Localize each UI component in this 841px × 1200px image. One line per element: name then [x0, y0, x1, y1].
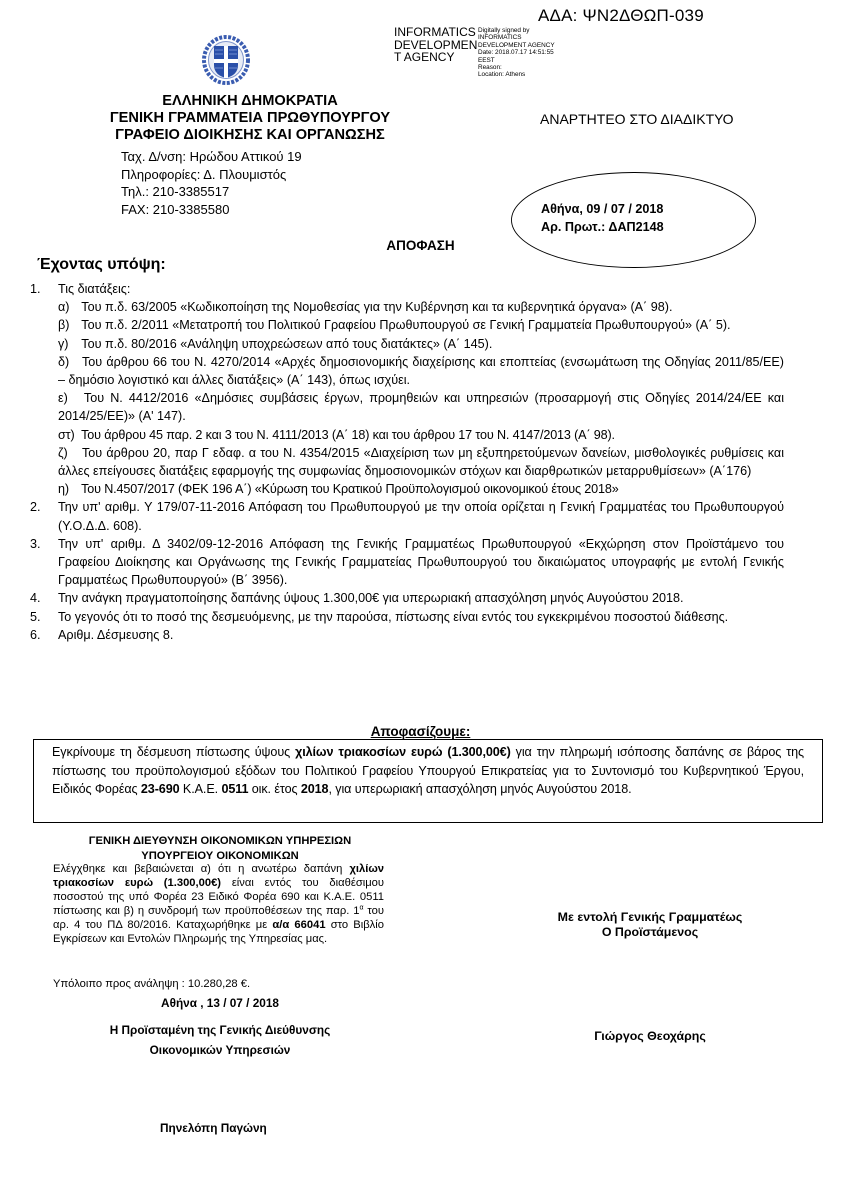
verification-text: Ελέγχθηκε και βεβαιώνεται α) ότι η ανωτέ…	[53, 863, 349, 875]
list-item: 3. Την υπ' αριθμ. Δ 3402/09-12-2016 Απόφ…	[30, 535, 784, 590]
list-item: 2. Την υπ' αριθμ. Υ 179/07-11-2016 Απόφα…	[30, 498, 784, 534]
decision-box: Εγκρίνουμε τη δέσμευση πίστωσης ύψους χι…	[33, 739, 823, 823]
address-line: Ταχ. Δ/νση: Ηρώδου Αττικού 19	[121, 148, 302, 166]
finance-title-line: ΓΕΝΙΚΗ ΔΙΕΥΘΥΝΣΗ ΟΙΚΟΝΟΜΙΚΩΝ ΥΠΗΡΕΣΙΩΝ	[40, 834, 400, 849]
sub-text: Του Ν.4507/2017 (ΦΕΚ 196 Α΄) «Κύρωση του…	[81, 482, 618, 496]
finance-date: Αθήνα , 13 / 07 / 2018	[40, 996, 400, 1010]
digital-signature-details: Digitally signed by INFORMATICS DEVELOPM…	[478, 27, 555, 79]
contact-info: Ταχ. Δ/νση: Ηρώδου Αττικού 19 Πληροφορίε…	[121, 148, 302, 218]
sub-label: α)	[58, 298, 78, 316]
decision-text: , για υπερωριακή απασχόληση μηνός Αυγούσ…	[328, 782, 631, 796]
list-item: 1. Τις διατάξεις:	[30, 280, 784, 298]
date-and-protocol: Αθήνα, 09 / 07 / 2018 Αρ. Πρωτ.: ΔΑΠ2148	[541, 200, 664, 236]
signer-title-line: Ο Προϊστάμενος	[490, 925, 810, 940]
finance-directorate-title: ΓΕΝΙΚΗ ΔΙΕΥΘΥΝΣΗ ΟΙΚΟΝΟΜΙΚΩΝ ΥΠΗΡΕΣΙΩΝ Υ…	[40, 834, 400, 864]
list-text: Αριθμ. Δέσμευσης 8.	[58, 626, 784, 644]
signer-title-line: Με εντολή Γενικής Γραμματέως	[490, 910, 810, 925]
sub-item: στ) Του άρθρου 45 παρ. 2 και 3 του Ν. 41…	[30, 426, 784, 444]
fax-line: FAX: 210-3385580	[121, 201, 302, 219]
decision-text: Εγκρίνουμε τη δέσμευση πίστωσης ύψους	[52, 745, 295, 759]
sub-item: α) Του π.δ. 63/2005 «Κωδικοποίηση της Νο…	[30, 298, 784, 316]
kae-code: 0511	[221, 782, 248, 796]
finance-signer-title: Η Προϊσταμένη της Γενικής Διεύθυνσης Οικ…	[40, 1020, 400, 1060]
sub-text: Του άρθρου 45 παρ. 2 και 3 του Ν. 4111/2…	[81, 428, 615, 442]
list-number: 4.	[30, 589, 58, 607]
info-contact-line: Πληροφορίες: Δ. Πλουμιστός	[121, 166, 302, 184]
ada-document-id: ΑΔΑ: ΨΝ2ΔΘΩΠ-039	[538, 6, 704, 26]
greek-coat-of-arms-icon	[202, 35, 250, 85]
list-text: Την ανάγκη πραγματοποίησης δαπάνης ύψους…	[58, 589, 784, 607]
registry-number: α/α 66041	[272, 919, 325, 931]
sub-label: β)	[58, 316, 78, 334]
signature-meta-line: Digitally signed by	[478, 27, 555, 34]
sub-item: δ) Του άρθρου 66 του Ν. 4270/2014 «Αρχές…	[30, 353, 784, 389]
sub-text: Του άρθρου 66 του Ν. 4270/2014 «Αρχές δη…	[58, 355, 784, 387]
sub-label: δ)	[58, 353, 78, 371]
list-number: 1.	[30, 280, 58, 298]
decision-amount: χιλίων τριακοσίων ευρώ (1.300,00€)	[295, 745, 511, 759]
digital-signature-name: INFORMATICS DEVELOPMEN T AGENCY	[394, 26, 477, 64]
header-title-line: ΓΡΑΦΕΙΟ ΔΙΟΙΚΗΣΗΣ ΚΑΙ ΟΡΓΑΝΩΣΗΣ	[80, 127, 420, 144]
sub-item: β) Του π.δ. 2/2011 «Μετατροπή του Πολιτι…	[30, 316, 784, 334]
sub-text: Του άρθρου 20, παρ Γ εδαφ. α του Ν. 4354…	[58, 446, 784, 478]
decide-heading: Αποφασίζουμε:	[0, 724, 841, 739]
signature-meta-line: DEVELOPMENT AGENCY	[478, 42, 555, 49]
list-item: 5. Το γεγονός ότι το ποσό της δεσμευόμεν…	[30, 608, 784, 626]
list-number: 6.	[30, 626, 58, 644]
document-date: Αθήνα, 09 / 07 / 2018	[541, 200, 664, 218]
list-text: Τις διατάξεις:	[58, 280, 784, 298]
phone-line: Τηλ.: 210-3385517	[121, 183, 302, 201]
list-text: Την υπ' αριθμ. Δ 3402/09-12-2016 Απόφαση…	[58, 535, 784, 590]
signer-title-line: Οικονομικών Υπηρεσιών	[40, 1040, 400, 1060]
signature-name-line: T AGENCY	[394, 51, 477, 64]
sub-label: ε)	[58, 389, 78, 407]
sub-label: γ)	[58, 335, 78, 353]
sub-text: Του π.δ. 2/2011 «Μετατροπή του Πολιτικού…	[81, 318, 730, 332]
list-item: 4. Την ανάγκη πραγματοποίησης δαπάνης ύψ…	[30, 589, 784, 607]
special-body-code: 23-690	[141, 782, 180, 796]
sub-text: Του π.δ. 80/2016 «Ανάληψη υποχρεώσεων απ…	[81, 337, 492, 351]
signature-meta-line: Date: 2018.07.17 14:51:55	[478, 49, 555, 56]
sub-label: ζ)	[58, 444, 78, 462]
signature-meta-line: Location: Athens	[478, 71, 555, 78]
sub-label: στ)	[58, 426, 78, 444]
signature-meta-line: EEST	[478, 57, 555, 64]
decision-text: οικ. έτος	[248, 782, 300, 796]
sub-item: ζ) Του άρθρου 20, παρ Γ εδαφ. α του Ν. 4…	[30, 444, 784, 480]
signer-title-line: Η Προϊσταμένη της Γενικής Διεύθυνσης	[40, 1020, 400, 1040]
considerations-list: 1. Τις διατάξεις: α) Του π.δ. 63/2005 «Κ…	[30, 280, 784, 644]
posted-online-label: ΑΝΑΡΤΗΤΕΟ ΣΤΟ ΔΙΑΔΙΚΤΥΟ	[540, 111, 734, 127]
sub-label: η)	[58, 480, 78, 498]
signature-meta-line: INFORMATICS	[478, 34, 555, 41]
secretary-signer-name: Γιώργος Θεοχάρης	[490, 1029, 810, 1043]
decision-heading: ΑΠΟΦΑΣΗ	[0, 238, 841, 253]
list-text: Την υπ' αριθμ. Υ 179/07-11-2016 Απόφαση …	[58, 498, 784, 534]
list-number: 3.	[30, 535, 58, 590]
remaining-balance: Υπόλοιπο προς ανάληψη : 10.280,28 €.	[53, 978, 250, 990]
sub-item: ε) Του Ν. 4412/2016 «Δημόσιες συμβάσεις …	[30, 389, 784, 425]
header-title-line: ΕΛΛΗΝΙΚΗ ΔΗΜΟΚΡΑΤΙΑ	[80, 93, 420, 110]
protocol-number: Αρ. Πρωτ.: ΔΑΠ2148	[541, 218, 664, 236]
finance-signer-name: Πηνελόπη Παγώνη	[160, 1121, 267, 1135]
issuer-header: ΕΛΛΗΝΙΚΗ ΔΗΜΟΚΡΑΤΙΑ ΓΕΝΙΚΗ ΓΡΑΜΜΑΤΕΙΑ ΠΡ…	[80, 93, 420, 144]
list-number: 2.	[30, 498, 58, 534]
signature-meta-line: Reason:	[478, 64, 555, 71]
finance-verification-text: Ελέγχθηκε και βεβαιώνεται α) ότι η ανωτέ…	[53, 862, 384, 946]
sub-text: Του Ν. 4412/2016 «Δημόσιες συμβάσεις έργ…	[58, 391, 784, 423]
sub-item: γ) Του π.δ. 80/2016 «Ανάληψη υποχρεώσεων…	[30, 335, 784, 353]
list-item: 6. Αριθμ. Δέσμευσης 8.	[30, 626, 784, 644]
signature-name-line: INFORMATICS	[394, 26, 477, 39]
header-title-line: ΓΕΝΙΚΗ ΓΡΑΜΜΑΤΕΙΑ ΠΡΩΘΥΠΟΥΡΓΟΥ	[80, 110, 420, 127]
list-text: Το γεγονός ότι το ποσό της δεσμευόμενης,…	[58, 608, 784, 626]
considering-heading: Έχοντας υπόψη:	[37, 256, 166, 274]
sub-text: Του π.δ. 63/2005 «Κωδικοποίηση της Νομοθ…	[81, 300, 672, 314]
secretary-signer-title: Με εντολή Γενικής Γραμματέως Ο Προϊστάμε…	[490, 910, 810, 940]
fiscal-year: 2018	[301, 782, 329, 796]
decision-text: Κ.Α.Ε.	[180, 782, 222, 796]
sub-item: η) Του Ν.4507/2017 (ΦΕΚ 196 Α΄) «Κύρωση …	[30, 480, 784, 498]
list-number: 5.	[30, 608, 58, 626]
